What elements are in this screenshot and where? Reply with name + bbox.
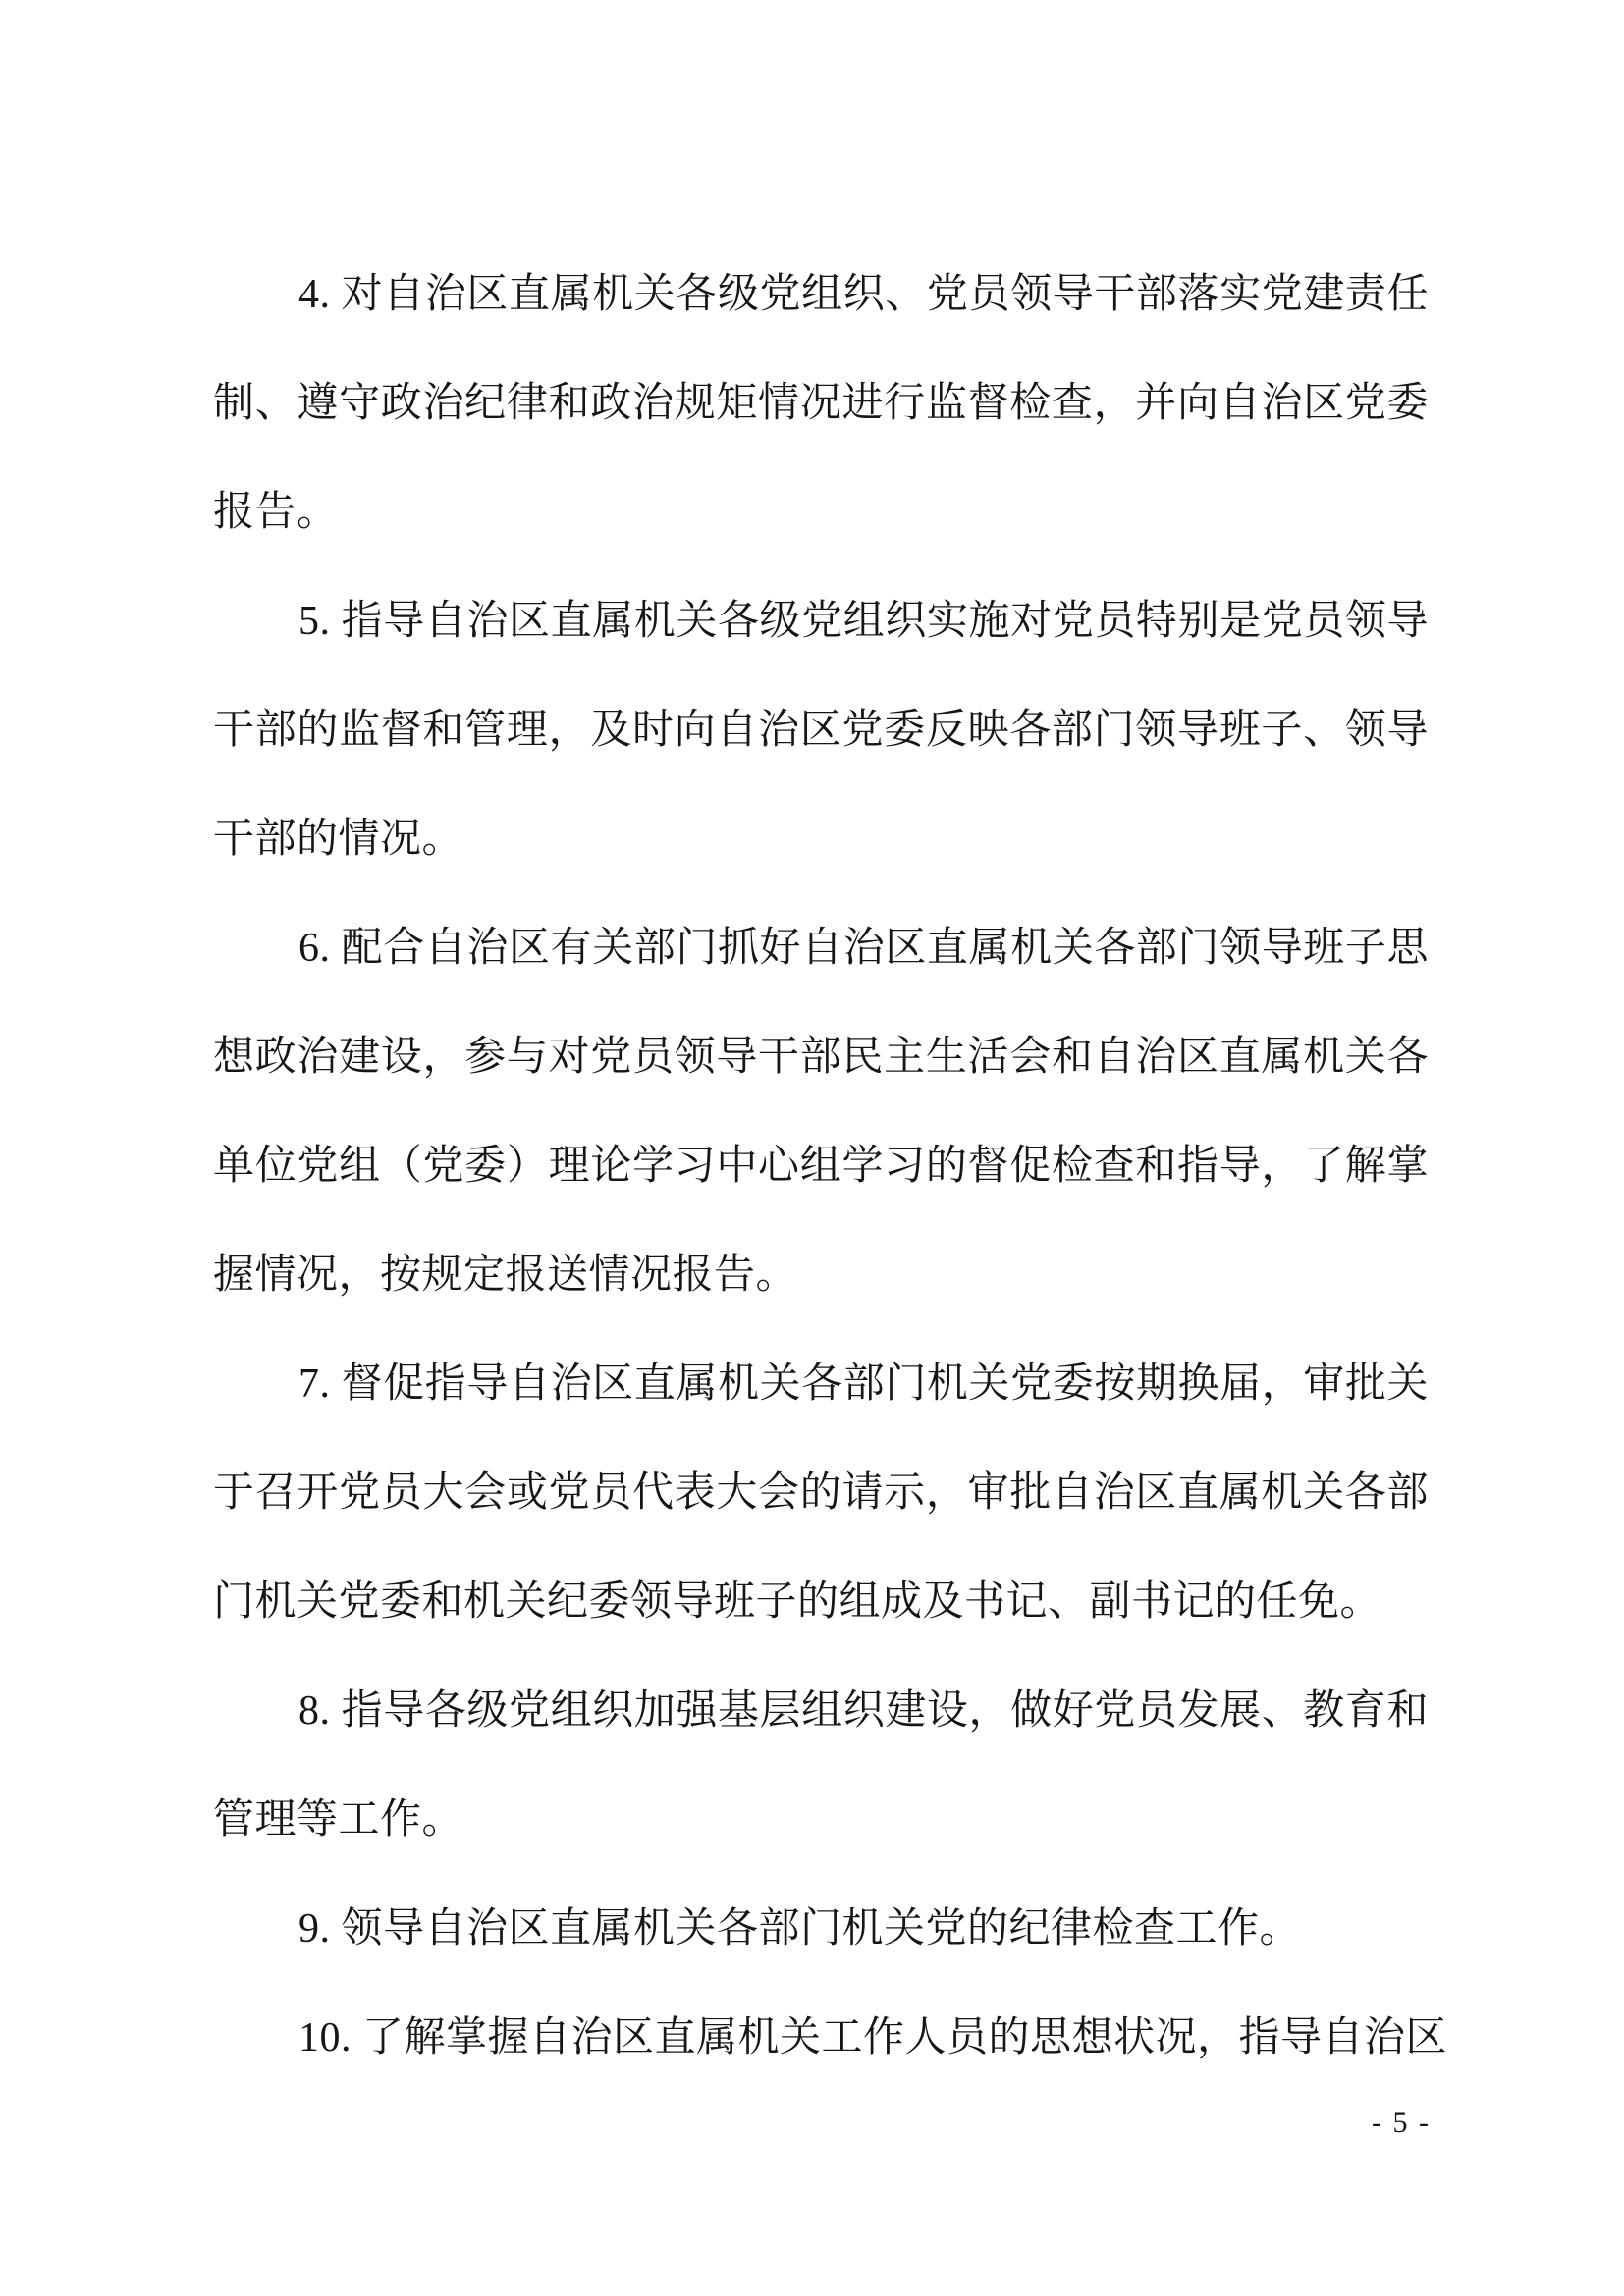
- paragraph-10-line-1: 10. 了解掌握自治区直属机关工作人员的思想状况，指导自治区: [213, 1984, 1429, 2093]
- paragraph-4-line-1: 4. 对自治区直属机关各级党组织、党员领导干部落实党建责任: [213, 240, 1429, 349]
- document-body: 4. 对自治区直属机关各级党组织、党员领导干部落实党建责任 制、遵守政治纪律和政…: [213, 240, 1429, 2093]
- page-number: - 5 -: [1372, 2107, 1431, 2140]
- paragraph-5-line-3: 干部的情况。: [213, 785, 1429, 894]
- document-page: 4. 对自治区直属机关各级党组织、党员领导干部落实党建责任 制、遵守政治纪律和政…: [0, 0, 1624, 2296]
- paragraph-8-line-1: 8. 指导各级党组织加强基层组织建设，做好党员发展、教育和: [213, 1657, 1429, 1766]
- paragraph-6-line-2: 想政治建设，参与对党员领导干部民主生活会和自治区直属机关各: [213, 1003, 1429, 1112]
- paragraph-7-line-2: 于召开党员大会或党员代表大会的请示，审批自治区直属机关各部: [213, 1439, 1429, 1548]
- paragraph-9-line-1: 9. 领导自治区直属机关各部门机关党的纪律检查工作。: [213, 1875, 1429, 1984]
- paragraph-6-line-1: 6. 配合自治区有关部门抓好自治区直属机关各部门领导班子思: [213, 894, 1429, 1003]
- paragraph-7-line-1: 7. 督促指导自治区直属机关各部门机关党委按期换届，审批关: [213, 1330, 1429, 1439]
- paragraph-6-line-3: 单位党组（党委）理论学习中心组学习的督促检查和指导，了解掌: [213, 1112, 1429, 1221]
- paragraph-4-line-2: 制、遵守政治纪律和政治规矩情况进行监督检查，并向自治区党委: [213, 349, 1429, 458]
- paragraph-5-line-2: 干部的监督和管理，及时向自治区党委反映各部门领导班子、领导: [213, 676, 1429, 785]
- paragraph-4-line-3: 报告。: [213, 458, 1429, 567]
- paragraph-6-line-4: 握情况，按规定报送情况报告。: [213, 1221, 1429, 1330]
- paragraph-7-line-3: 门机关党委和机关纪委领导班子的组成及书记、副书记的任免。: [213, 1548, 1429, 1657]
- paragraph-8-line-2: 管理等工作。: [213, 1766, 1429, 1875]
- paragraph-5-line-1: 5. 指导自治区直属机关各级党组织实施对党员特别是党员领导: [213, 567, 1429, 676]
